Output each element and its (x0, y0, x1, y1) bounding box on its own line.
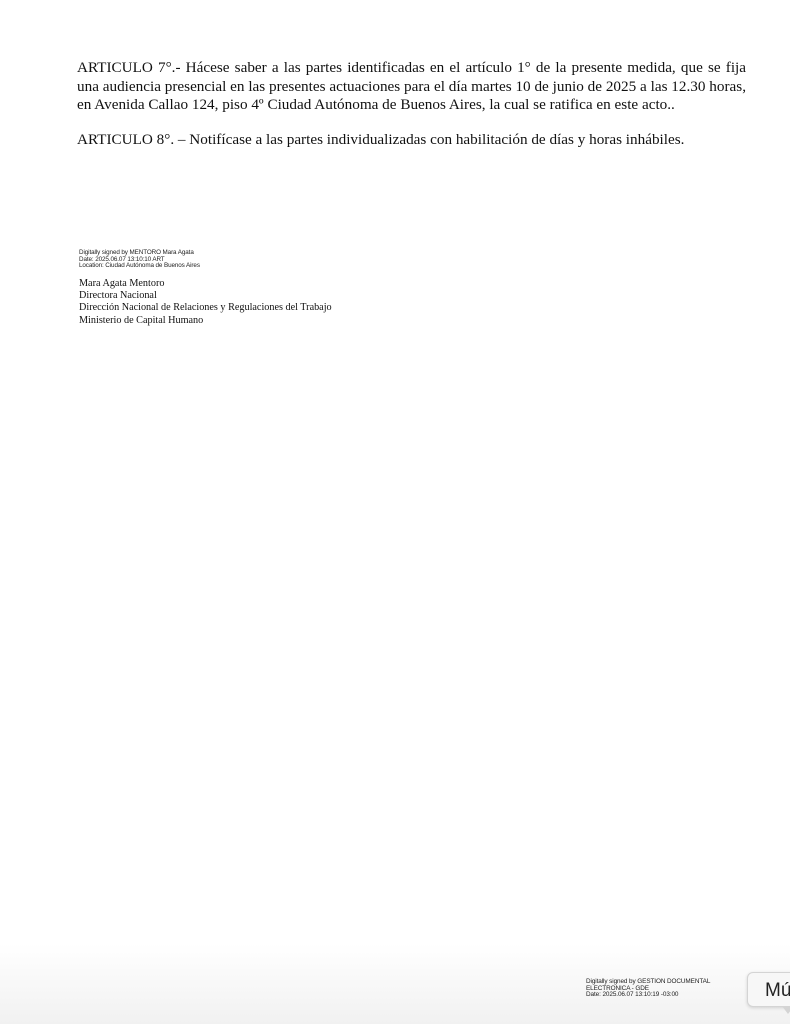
signer-ministry: Ministerio de Capital Humano (79, 315, 332, 327)
signer-office: Dirección Nacional de Relaciones y Regul… (79, 302, 332, 314)
gde-signature-stamp: Digitally signed by GESTION DOCUMENTAL E… (586, 979, 710, 999)
document-page: ARTICULO 7°.- Hácese saber a las partes … (0, 0, 790, 1024)
tooltip-bubble[interactable]: Mú (747, 972, 790, 1007)
article-7: ARTICULO 7°.- Hácese saber a las partes … (77, 59, 746, 115)
gde-line-3: Date: 2025.06.07 13:10:19 -03:00 (586, 992, 710, 999)
signer-block: Mara Agata Mentoro Directora Nacional Di… (79, 278, 332, 327)
digital-signature-stamp: Digitally signed by MENTORO Mara Agata D… (79, 250, 200, 270)
signer-name: Mara Agata Mentoro (79, 278, 332, 290)
article-8: ARTICULO 8°. – Notifícase a las partes i… (77, 131, 746, 150)
signature-location: Location: Ciudad Autónoma de Buenos Aire… (79, 263, 200, 270)
tooltip-tail (782, 1006, 790, 1014)
signer-title: Directora Nacional (79, 290, 332, 302)
